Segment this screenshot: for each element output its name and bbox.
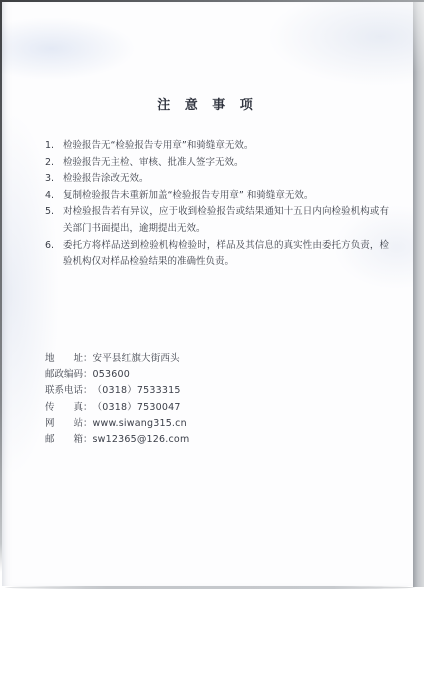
notice-item: 3. 检验报告涂改无效。 [45, 171, 389, 188]
item-text: 检验报告无“检验报告专用章”和骑缝章无效。 [63, 140, 253, 151]
notice-list: 1. 检验报告无“检验报告专用章”和骑缝章无效。 2. 检验报告无主检、审核、批… [2, 138, 413, 271]
scan-edge-left [0, 0, 2, 572]
contact-row-postcode: 邮政编码：053600 [45, 367, 189, 383]
notice-item: 5. 对检验报告若有异议，应于收到检验报告或结果通知十五日内向检验机构或有关部门… [45, 204, 389, 237]
contact-row-website: 网 站：www.siwang315.cn [45, 416, 189, 432]
item-number: 1. [45, 138, 54, 155]
paper-right-shadow [413, 2, 424, 587]
notice-item: 2. 检验报告无主检、审核、批准人签字无效。 [45, 155, 389, 172]
item-text: 对检验报告若有异议，应于收到检验报告或结果通知十五日内向检验机构或有关部门书面提… [63, 206, 389, 234]
scan-edge-top [0, 0, 424, 2]
item-number: 6. [45, 238, 54, 255]
item-text: 检验报告无主检、审核、批准人签字无效。 [63, 157, 244, 168]
item-text: 复制检验报告未重新加盖“检验报告专用章” 和骑缝章无效。 [63, 190, 313, 201]
contact-row-address: 地 址：安平县红旗大街西头 [45, 351, 189, 367]
item-text: 委托方将样品送到检验机构检验时，样品及其信息的真实性由委托方负责，检验机构仅对样… [63, 240, 389, 268]
contact-label: 传 真： [45, 400, 93, 416]
paper-bottom-shadow [5, 586, 415, 589]
contact-label: 地 址： [45, 351, 93, 367]
item-number: 5. [45, 204, 54, 221]
contact-value: （0318）7530047 [93, 400, 181, 416]
contact-label: 联系电话： [45, 383, 93, 399]
notice-item: 1. 检验报告无“检验报告专用章”和骑缝章无效。 [45, 138, 389, 155]
item-number: 3. [45, 171, 54, 188]
contact-value: sw12365@126.com [93, 432, 190, 448]
scan-viewport: 注 意 事 项 1. 检验报告无“检验报告专用章”和骑缝章无效。 2. 检验报告… [0, 0, 424, 700]
contact-value: 053600 [93, 367, 130, 383]
contact-label: 邮政编码： [45, 367, 93, 383]
contact-label: 网 站： [45, 416, 93, 432]
contact-row-email: 邮 箱：sw12365@126.com [45, 432, 189, 448]
notice-item: 6. 委托方将样品送到检验机构检验时，样品及其信息的真实性由委托方负责，检验机构… [45, 238, 389, 271]
contact-value: 安平县红旗大街西头 [93, 351, 180, 367]
notice-item: 4. 复制检验报告未重新加盖“检验报告专用章” 和骑缝章无效。 [45, 188, 389, 205]
item-number: 2. [45, 155, 54, 172]
contact-row-fax: 传 真：（0318）7530047 [45, 400, 189, 416]
contact-label: 邮 箱： [45, 432, 93, 448]
item-number: 4. [45, 188, 54, 205]
contact-value: （0318）7533315 [93, 383, 181, 399]
item-text: 检验报告涂改无效。 [63, 173, 149, 184]
notice-page: 注 意 事 项 1. 检验报告无“检验报告专用章”和骑缝章无效。 2. 检验报告… [2, 2, 413, 586]
contact-value: www.siwang315.cn [93, 416, 187, 432]
contact-info: 地 址：安平县红旗大街西头 邮政编码：053600 联系电话：（0318）753… [45, 351, 189, 448]
page-title: 注 意 事 项 [2, 2, 413, 113]
contact-row-phone: 联系电话：（0318）7533315 [45, 383, 189, 399]
